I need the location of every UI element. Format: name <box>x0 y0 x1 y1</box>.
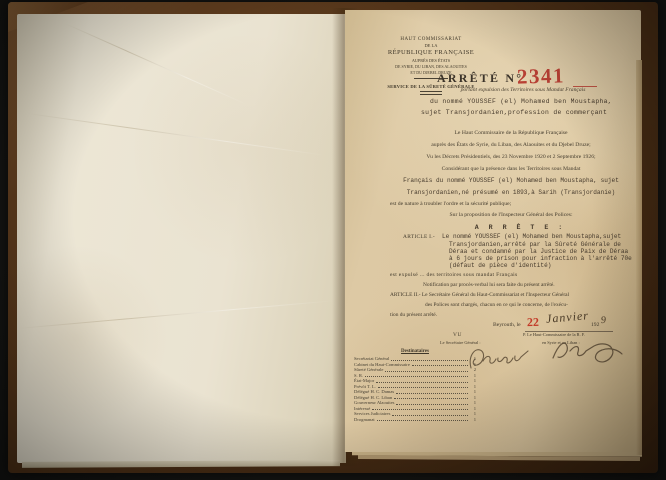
preamble-line: Le Haut Commissaire de la République Fra… <box>385 130 637 136</box>
article2-line: des Polices sont chargés, chacun en ce q… <box>425 302 568 308</box>
destinataire-row: Drogmanat 1 <box>354 417 476 423</box>
dotted-leader <box>412 365 468 366</box>
vu-label: VU <box>453 332 462 338</box>
preamble-line: Français du nommé YOUSSEF (el) Mohamed b… <box>385 177 637 184</box>
date-month-handwritten: Janvier <box>545 308 589 327</box>
letterhead-line: AUPRÈS DES ÉTATS <box>367 58 495 63</box>
decree-title: ARRÊTÉ N° <box>437 71 523 86</box>
destinataire-label: Drogmanat <box>354 417 375 423</box>
destinataires-list: Destinataires Secrétariat Général 1 Cabi… <box>354 349 476 422</box>
date-year-handwritten: 9 <box>601 315 607 326</box>
article2-line: tion du présent arrêté. <box>390 312 437 318</box>
dotted-leader <box>394 398 468 399</box>
arrete-heading: A R R Ê T E : <box>445 224 595 231</box>
subject-name-line: du nommé YOUSSEF (el) Mohamed ben Mousta… <box>430 98 612 105</box>
dotted-leader <box>372 409 468 410</box>
scanned-register-spread: HAUT COMMISSARIAT DE LA RÉPUBLIQUE FRANÇ… <box>0 0 666 480</box>
preamble-line: est de nature à troubler l'ordre et la s… <box>390 201 511 207</box>
page-crease <box>18 300 337 329</box>
letterhead-line: DE SYRIE, DU LIBAN, DES ALAOUITES <box>367 64 495 69</box>
article1-label: ARTICLE I.- <box>403 234 435 240</box>
dotted-leader <box>391 360 468 361</box>
decree-document-page: HAUT COMMISSARIAT DE LA RÉPUBLIQUE FRANÇ… <box>345 10 641 452</box>
notification-line: Notification par procès-verbal lui sera … <box>423 282 555 288</box>
destinataires-title: Destinataires <box>354 349 476 354</box>
article1-line: Le nommé YOUSSEF (el) Mohamed ben Mousta… <box>442 233 621 240</box>
article1-line: (défaut de pièce d'identité) <box>449 262 551 269</box>
letterhead-line: HAUT COMMISSARIAT <box>367 37 495 42</box>
date-place: Beyrouth, le <box>493 322 521 328</box>
date-year-printed: 192 <box>591 322 599 328</box>
decree-subtitle: portant expulsion des Territoires sous M… <box>405 87 641 93</box>
dotted-leader <box>392 415 468 416</box>
high-commissioner-signature <box>548 336 628 370</box>
expulsion-line: est expulsé ... des territoires sous man… <box>390 272 517 278</box>
dotted-leader <box>396 393 468 394</box>
dotted-leader <box>377 420 468 421</box>
dotted-leader <box>396 404 468 405</box>
decree-number-red-stamp: 2341 <box>517 63 566 89</box>
dotted-leader <box>365 376 468 377</box>
page-crease <box>28 113 325 156</box>
letterhead-line: DE LA <box>367 43 495 48</box>
preamble-line: auprès des États de Syrie, du Liban, des… <box>385 142 637 148</box>
destinataire-count: 1 <box>470 417 476 423</box>
preamble-line: Transjordanien,né présumé en 1893,à Sari… <box>385 189 637 196</box>
dotted-leader <box>378 387 468 388</box>
dotted-leader <box>385 371 468 372</box>
dotted-leader <box>376 382 468 383</box>
right-page-edge-stack <box>636 60 642 455</box>
left-blank-page <box>17 14 346 463</box>
letterhead-line: RÉPUBLIQUE FRANÇAISE <box>367 49 495 56</box>
subject-profession-line: sujet Transjordanien,profession de comme… <box>421 109 607 116</box>
page-crease <box>65 23 248 105</box>
preamble-line: Vu les Décrets Présidentiels, des 23 Nov… <box>385 154 637 160</box>
preamble-line: Considérant que la présence dans les Ter… <box>385 166 637 172</box>
preamble-line: Sur la proposition de l'Inspecteur Génér… <box>385 212 637 218</box>
date-day-red-stamp: 22 <box>527 315 539 330</box>
article2-line: ARTICLE II.- Le Secrétaire Général du Ha… <box>390 292 569 298</box>
